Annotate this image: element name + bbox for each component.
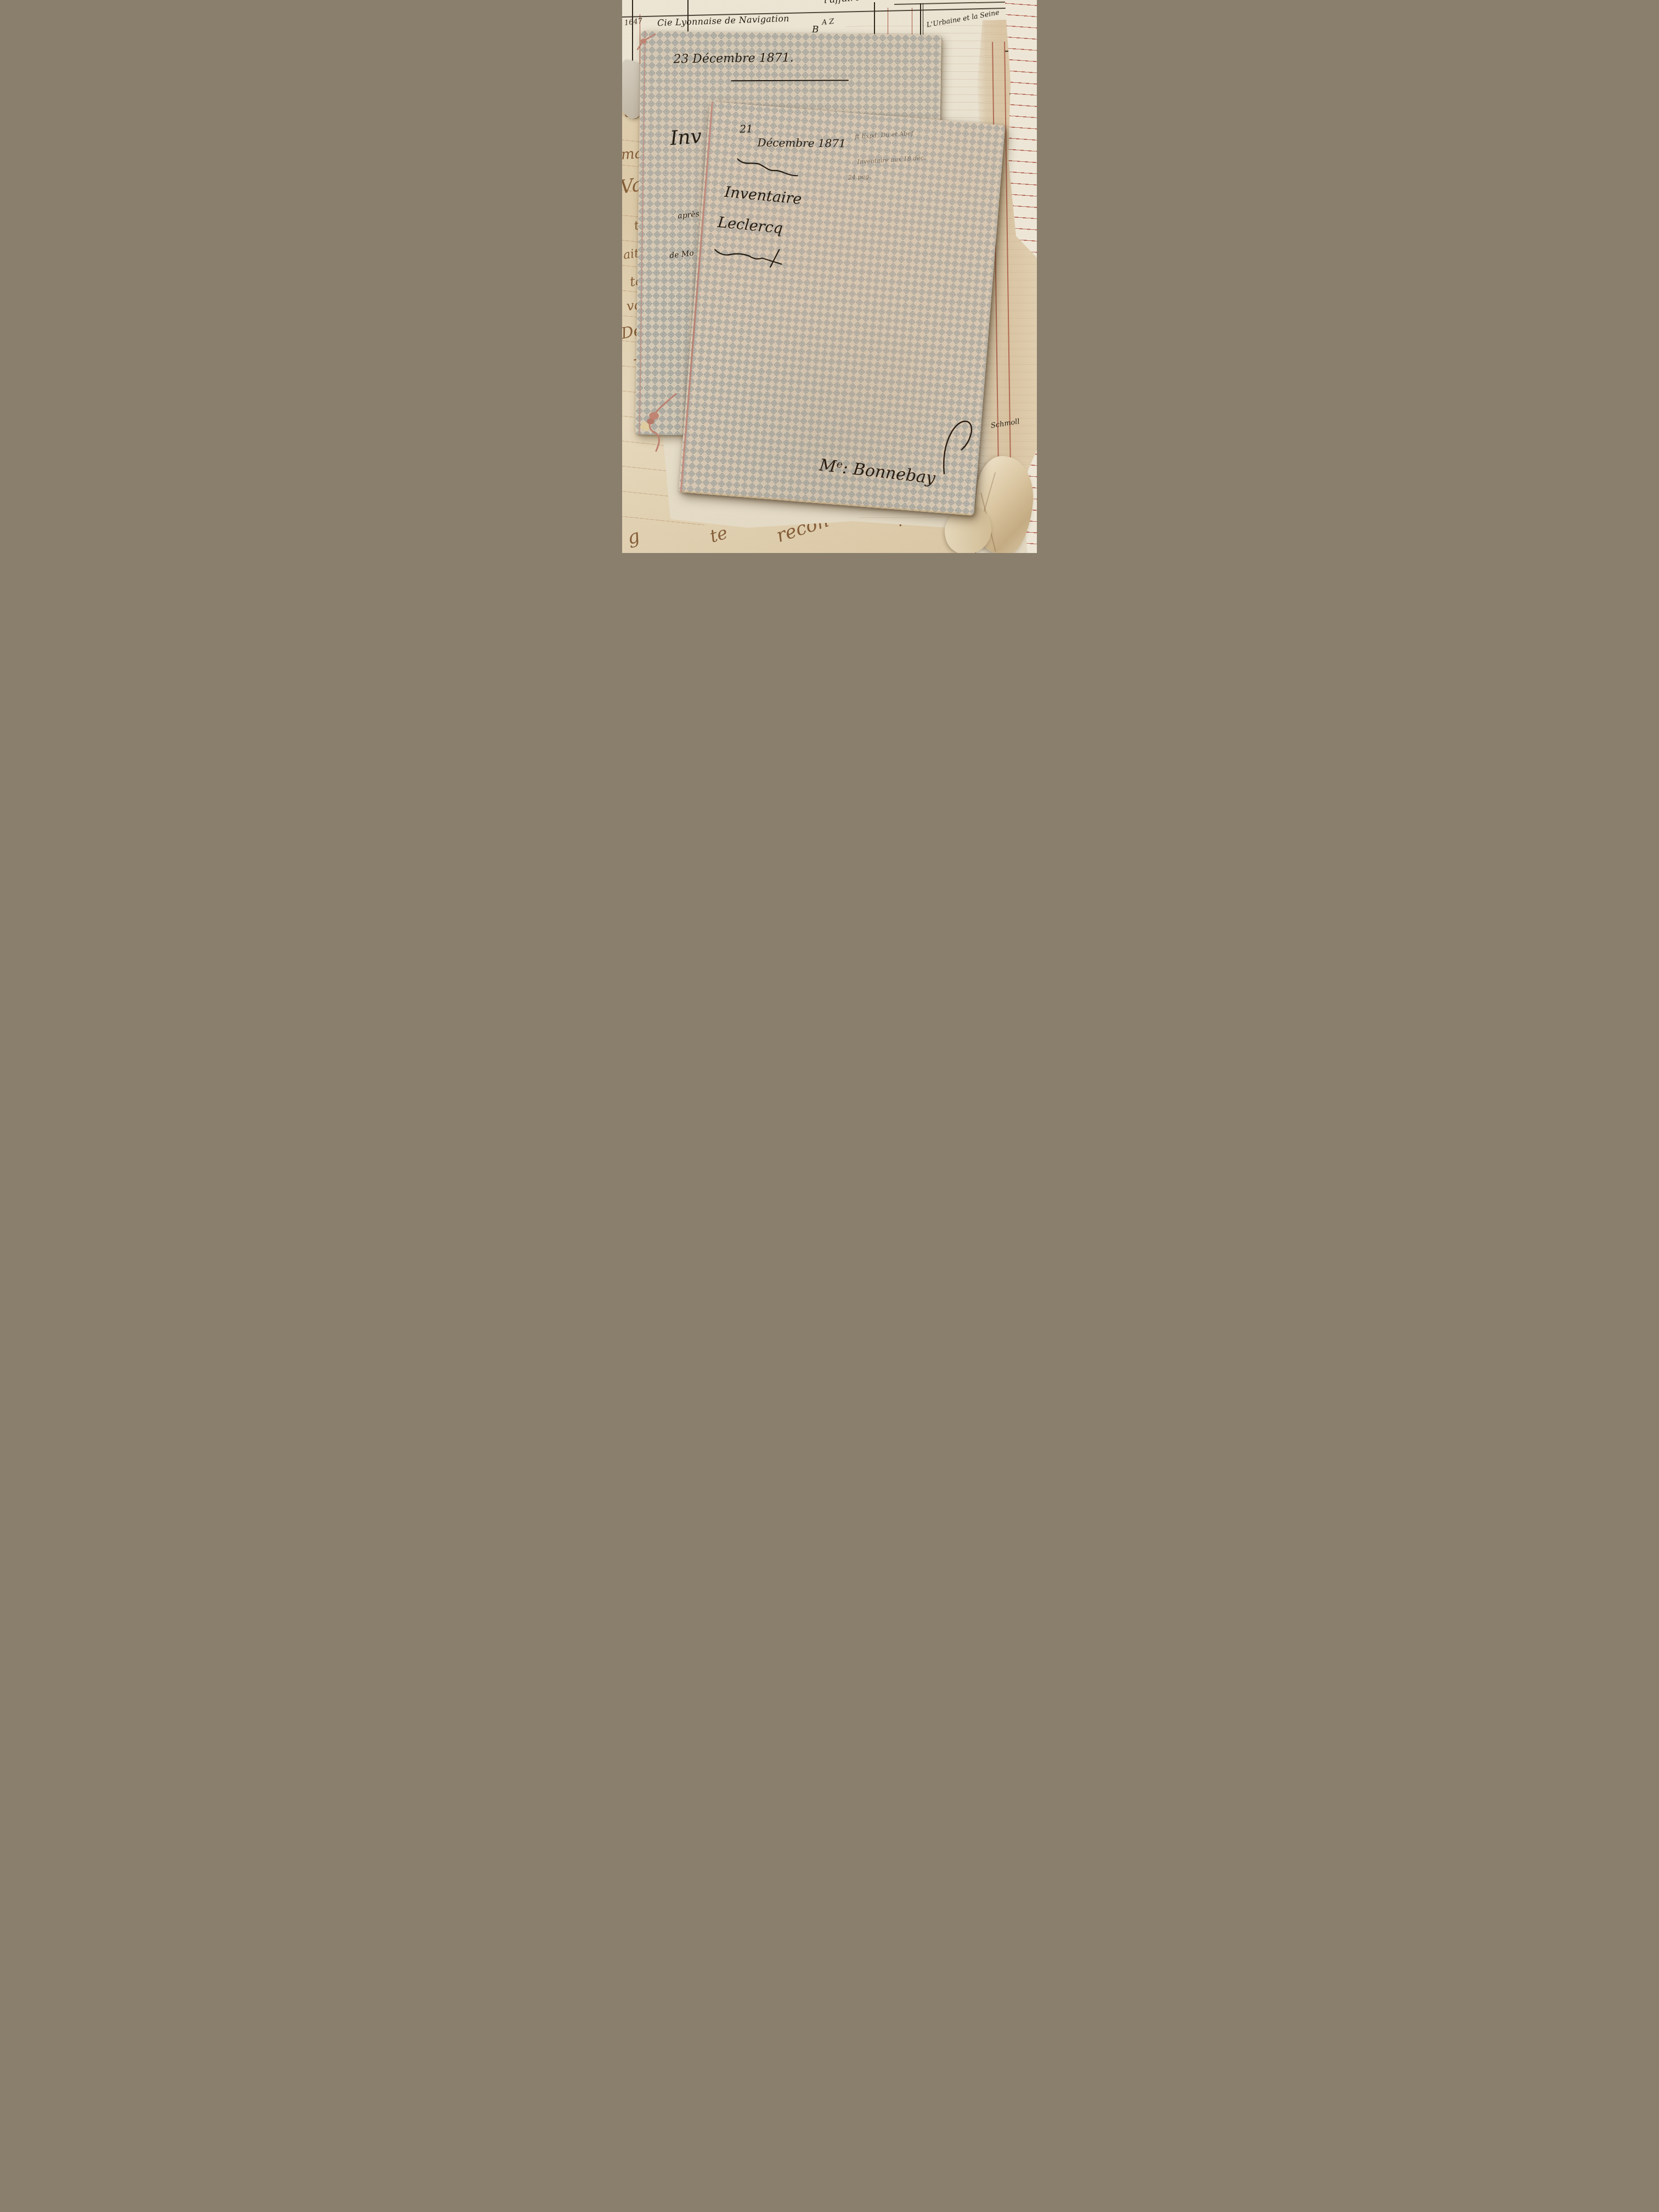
back-cover-date: 23 Décembre 1871.: [673, 52, 794, 66]
ledger-margin-note: A Z: [821, 18, 834, 26]
ledger-row-number: 1647: [624, 18, 642, 27]
ledger-column-line: [923, 3, 923, 36]
ledger-column-line: [874, 2, 875, 35]
photo-scene: ag ma Va a t ) ait à tai vai Des -te q Q…: [622, 0, 1037, 553]
ledger-red-line: [912, 8, 912, 35]
back-cover-line: après: [678, 210, 700, 220]
ledger-column-line: [920, 3, 921, 36]
notebook-front-cover: 21 Décembre 1871 ft Expd. Du et Abef Inv…: [679, 101, 1006, 516]
ledger-top-label: l'affaire: [823, 0, 860, 5]
signature-loop: [938, 414, 982, 478]
ledger-column-line: [632, 0, 633, 65]
front-cover-note: 24 pag.: [848, 173, 871, 180]
back-cover-line: Inv: [669, 127, 702, 149]
ledger-entry-line: Cie Lyonnaise de Navigation: [657, 14, 789, 27]
thread-tassel-bottom: [637, 393, 692, 456]
thread-knot-top: [635, 32, 657, 54]
front-cover-date: Décembre 1871: [757, 137, 846, 149]
ledger-red-line: [888, 8, 888, 35]
front-cover-date-day: 21: [740, 124, 753, 135]
